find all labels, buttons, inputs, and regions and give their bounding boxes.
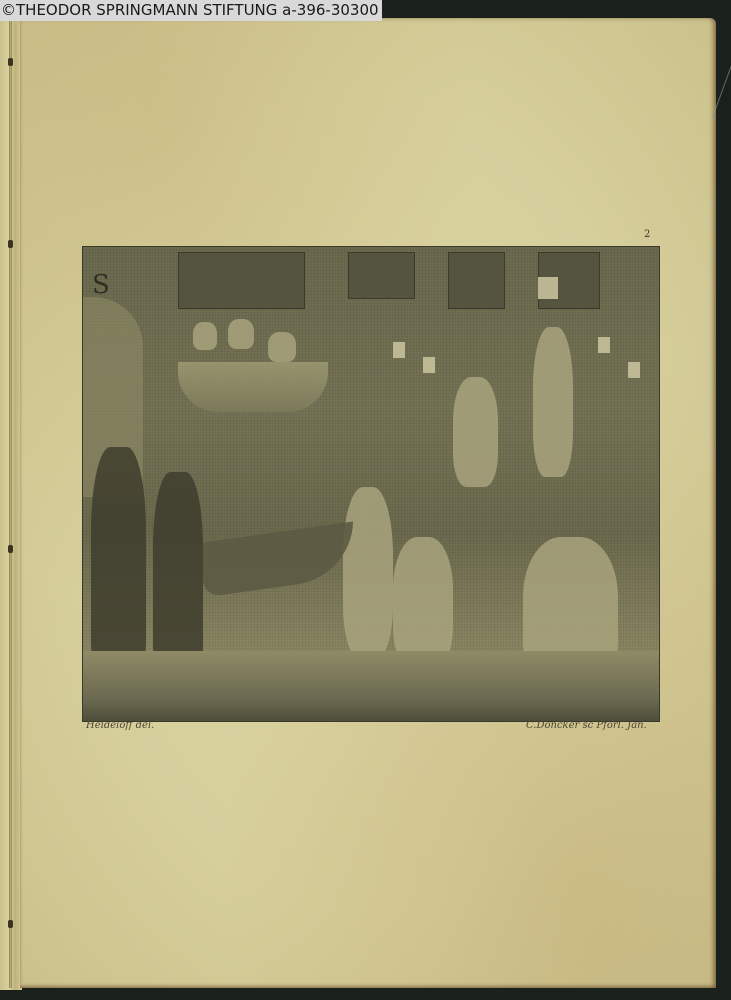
binding-spine bbox=[9, 20, 12, 988]
window-figures bbox=[448, 252, 505, 309]
flying-paper bbox=[423, 357, 435, 373]
engraver-credit: C.Doncker sc Pforl. Jan. bbox=[526, 720, 647, 731]
plate-letter: S bbox=[92, 270, 110, 300]
binding-stitch bbox=[8, 240, 13, 248]
flying-paper bbox=[628, 362, 640, 378]
crowd-figure bbox=[343, 487, 393, 657]
binding-stitch bbox=[8, 545, 13, 553]
plate-number: 2 bbox=[644, 229, 650, 240]
binding-stitch bbox=[8, 58, 13, 66]
flying-paper bbox=[393, 342, 405, 358]
crowd-figure bbox=[393, 537, 453, 667]
spectator-figure bbox=[193, 322, 217, 350]
man-with-wreath-figure bbox=[533, 327, 573, 477]
binding-stitch bbox=[8, 920, 13, 928]
spectator-figure bbox=[228, 319, 254, 349]
cobbled-street bbox=[83, 651, 659, 721]
flying-paper bbox=[538, 277, 558, 299]
artist-credit: Heideloff del. bbox=[86, 720, 154, 731]
flag-banner bbox=[203, 521, 353, 597]
flying-paper bbox=[598, 337, 610, 353]
window-figure bbox=[348, 252, 415, 299]
engraving-plate bbox=[82, 246, 660, 722]
woman-carried-figure bbox=[453, 377, 498, 487]
spectator-figure bbox=[268, 332, 296, 362]
window-trumpeters bbox=[178, 252, 305, 309]
balcony-drapery bbox=[178, 362, 328, 412]
copyright-watermark: ©THEODOR SPRINGMANN STIFTUNG a-396-30300 bbox=[0, 0, 382, 21]
